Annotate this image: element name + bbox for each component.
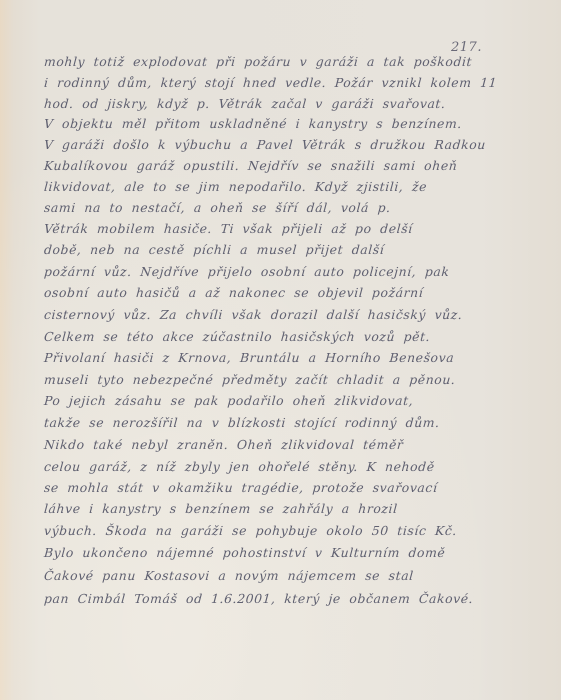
scanned-document-page: 217. mohly totiž explodovat při požáru v… bbox=[0, 0, 561, 700]
text-line: Čakové panu Kostasovi a novým nájemcem s… bbox=[43, 568, 514, 584]
text-line: cisternový vůz. Za chvíli však dorazil d… bbox=[43, 307, 514, 323]
text-line: Kubalíkovou garáž opustili. Nejdřív se s… bbox=[43, 158, 514, 174]
text-line: se mohla stát v okamžiku tragédie, proto… bbox=[43, 480, 514, 496]
text-line: Po jejich zásahu se pak podařilo oheň zl… bbox=[43, 393, 514, 409]
text-line: Celkem se této akce zúčastnilo hasičskýc… bbox=[43, 329, 514, 345]
text-line: výbuch. Škoda na garáži se pohybuje okol… bbox=[43, 523, 514, 539]
text-line: sami na to nestačí, a oheň se šíří dál, … bbox=[43, 200, 514, 216]
text-line: V garáži došlo k výbuchu a Pavel Větrák … bbox=[43, 137, 514, 153]
text-line: takže se nerozšířil na v blízkosti stojí… bbox=[43, 415, 514, 431]
text-line: pan Cimbál Tomáš od 1.6.2001, který je o… bbox=[43, 591, 514, 607]
text-line: hod. od jiskry, když p. Větrák začal v g… bbox=[43, 96, 514, 112]
text-line: museli tyto nebezpečné předměty začít ch… bbox=[43, 372, 514, 388]
text-line: V objektu měl přitom uskladněné i kanyst… bbox=[43, 116, 514, 132]
text-line: osobní auto hasičů a až nakonec se objev… bbox=[43, 285, 514, 301]
text-line: požární vůz. Nejdříve přijelo osobní aut… bbox=[43, 264, 514, 280]
text-line: likvidovat, ale to se jim nepodařilo. Kd… bbox=[43, 179, 514, 195]
text-line: Větrák mobilem hasiče. Ti však přijeli a… bbox=[43, 221, 514, 237]
text-line: láhve i kanystry s benzínem se zahřály a… bbox=[43, 501, 514, 517]
text-line: době, neb na cestě píchli a musel přijet… bbox=[43, 242, 514, 258]
text-line: celou garáž, z níž zbyly jen ohořelé stě… bbox=[43, 459, 514, 475]
page-number: 217. bbox=[451, 40, 482, 55]
text-line: Nikdo také nebyl zraněn. Oheň zlikvidova… bbox=[43, 437, 514, 453]
text-line: Bylo ukončeno nájemné pohostinství v Kul… bbox=[43, 545, 514, 561]
text-line: mohly totiž explodovat při požáru v gará… bbox=[43, 54, 514, 70]
text-line: Přivolaní hasiči z Krnova, Bruntálu a Ho… bbox=[43, 350, 514, 366]
text-line: i rodinný dům, který stojí hned vedle. P… bbox=[43, 75, 514, 91]
